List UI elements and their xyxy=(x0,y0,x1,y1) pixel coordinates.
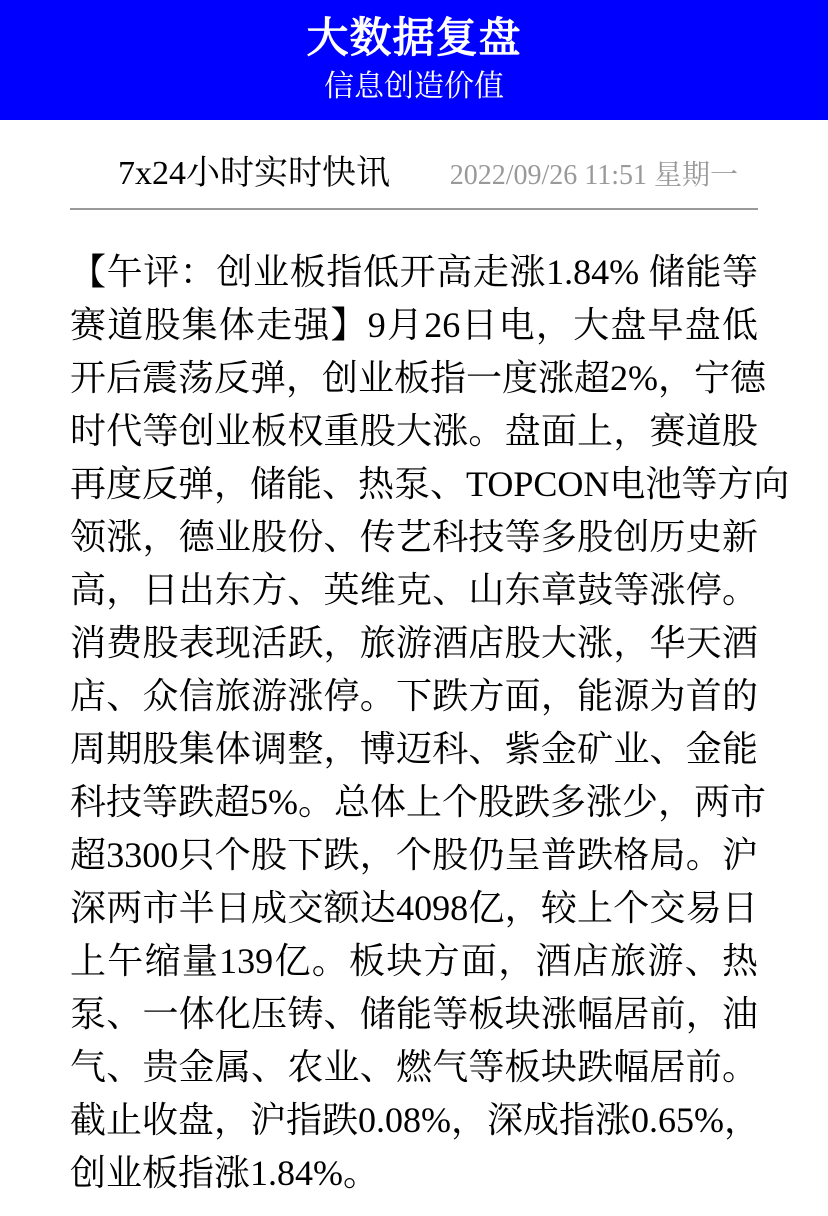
article-line: 赛道股集体走强】9月26日电，大盘早盘低 xyxy=(70,299,758,352)
article-line: 周期股集体调整，博迈科、紫金矿业、金能 xyxy=(70,723,758,776)
feed-timestamp: 2022/09/26 11:51 星期一 xyxy=(450,159,738,193)
content-area: 7x24小时实时快讯 2022/09/26 11:51 星期一 【午评：创业板指… xyxy=(70,153,758,1200)
brand-subtitle: 信息创造价值 xyxy=(324,69,504,105)
article-line: 【午评：创业板指低开高走涨1.84% 储能等 xyxy=(70,246,758,299)
feed-title: 7x24小时实时快讯 xyxy=(118,153,390,194)
article-line: 气、贵金属、农业、燃气等板块跌幅居前。 xyxy=(70,1041,758,1094)
article-line: 领涨，德业股份、传艺科技等多股创历史新 xyxy=(70,511,758,564)
article-line: 时代等创业板权重股大涨。盘面上，赛道股 xyxy=(70,405,758,458)
brand-banner: 大数据复盘 信息创造价值 xyxy=(0,0,828,120)
article-line: 截止收盘，沪指跌0.08%，深成指涨0.65%， xyxy=(70,1094,758,1147)
article-line: 科技等跌超5%。总体上个股跌多涨少，两市 xyxy=(70,776,758,829)
article-line: 再度反弹，储能、热泵、TOPCON电池等方向 xyxy=(70,458,758,511)
article-line: 高，日出东方、英维克、山东章鼓等涨停。 xyxy=(70,564,758,617)
article-line: 泵、一体化压铸、储能等板块涨幅居前，油 xyxy=(70,988,758,1041)
brand-title: 大数据复盘 xyxy=(306,15,521,63)
article-line: 消费股表现活跃，旅游酒店股大涨，华天酒 xyxy=(70,617,758,670)
article-line: 店、众信旅游涨停。下跌方面，能源为首的 xyxy=(70,670,758,723)
news-article: 【午评：创业板指低开高走涨1.84% 储能等赛道股集体走强】9月26日电，大盘早… xyxy=(70,246,758,1200)
article-line: 创业板指涨1.84%。 xyxy=(70,1147,758,1200)
divider-line xyxy=(70,208,758,210)
article-line: 深两市半日成交额达4098亿，较上个交易日 xyxy=(70,882,758,935)
article-line: 开后震荡反弹，创业板指一度涨超2%，宁德 xyxy=(70,352,758,405)
article-line: 超3300只个股下跌，个股仍呈普跌格局。沪 xyxy=(70,829,758,882)
feed-header: 7x24小时实时快讯 2022/09/26 11:51 星期一 xyxy=(70,153,758,194)
article-line: 上午缩量139亿。板块方面，酒店旅游、热 xyxy=(70,935,758,988)
